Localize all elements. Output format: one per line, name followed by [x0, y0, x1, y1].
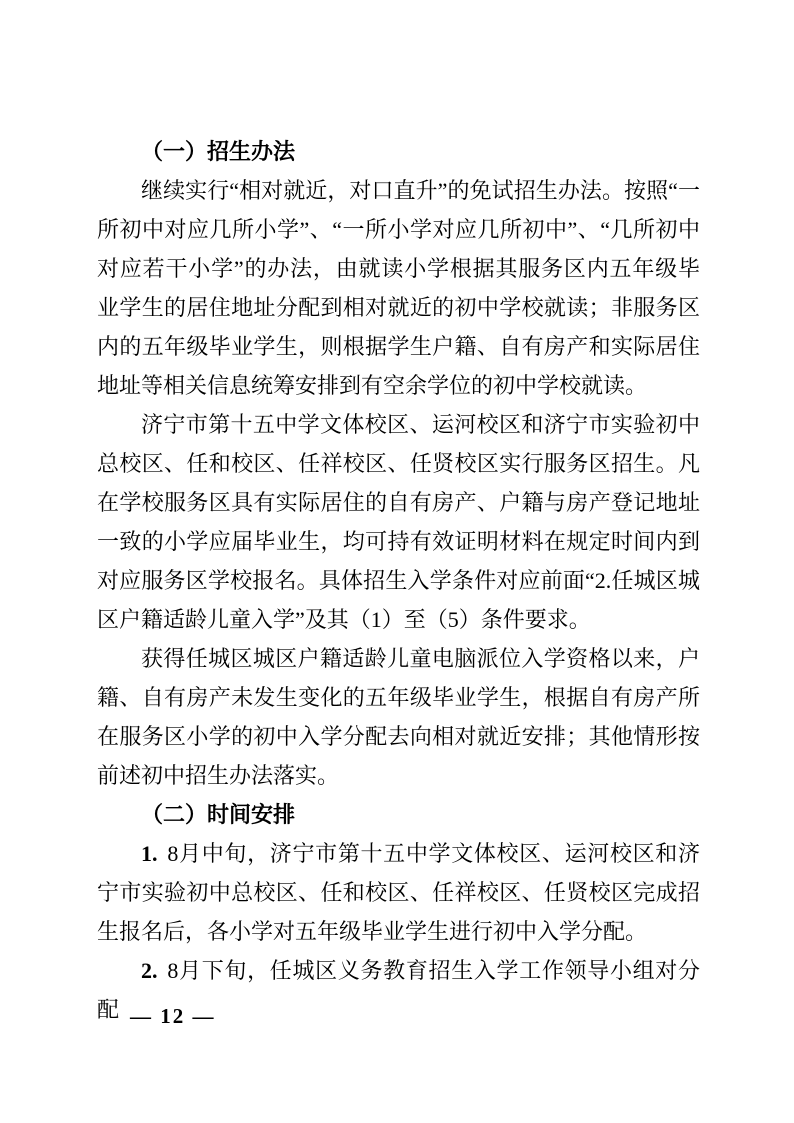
document-body: （一）招生办法 继续实行“相对就近，对口直升”的免试招生办法。按照“一所初中对应… — [97, 132, 700, 1029]
document-page: （一）招生办法 继续实行“相对就近，对口直升”的免试招生办法。按照“一所初中对应… — [0, 0, 794, 1123]
page-number: — 12 — — [130, 1001, 216, 1031]
paragraph-computer-placement: 获得任城区城区户籍适龄儿童电脑派位入学资格以来，户籍、自有房产未发生变化的五年级… — [97, 639, 700, 795]
item-text-1: 8月中旬，济宁市第十五中学文体校区、运河校区和济宁市实验初中总校区、任和校区、任… — [97, 841, 700, 944]
paragraph-service-area-enrollment: 济宁市第十五中学文体校区、运河校区和济宁市实验初中总校区、任和校区、任祥校区、任… — [97, 405, 700, 639]
paragraph-schedule-item-1: 1.8月中旬，济宁市第十五中学文体校区、运河校区和济宁市实验初中总校区、任和校区… — [97, 834, 700, 951]
item-number-2: 2. — [141, 958, 158, 983]
section-heading-time-schedule: （二）时间安排 — [97, 795, 700, 834]
section-heading-enrollment-method: （一）招生办法 — [97, 132, 700, 171]
paragraph-enrollment-policy: 继续实行“相对就近，对口直升”的免试招生办法。按照“一所初中对应几所小学”、“一… — [97, 171, 700, 405]
item-number-1: 1. — [141, 841, 158, 866]
